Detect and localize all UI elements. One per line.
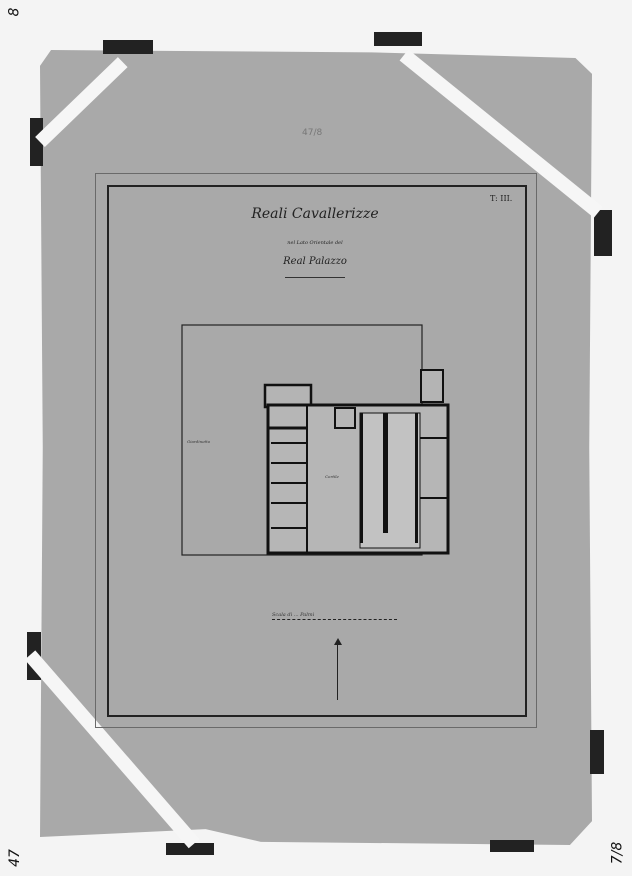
floor-plan: Giardinetto Cortile (175, 318, 455, 563)
mount-tab-bottom-right (490, 840, 534, 852)
mount-tab-right-top (594, 210, 612, 256)
north-arrow-head-icon (334, 638, 342, 645)
title-line-3: Real Palazzo (270, 256, 360, 267)
plate-number: T: III. (490, 194, 512, 203)
north-arrow-icon (337, 640, 338, 700)
mount-tab-top-right (374, 32, 422, 46)
scale-bar-label: Scala di ... Palmi (272, 612, 314, 618)
corner-note-bottom-left: 47 (7, 849, 23, 867)
label-garden: Giardinetto (187, 439, 211, 444)
corner-note-bottom-right: 7/8 (609, 842, 625, 865)
title-underline (285, 277, 345, 278)
inventory-note: 47/8 (302, 128, 322, 138)
mount-tab-right-bottom (590, 730, 604, 774)
title-line-1: Reali Cavallerizze (250, 206, 380, 222)
label-courtyard: Cortile (325, 474, 340, 479)
corner-note-top-left: 8 (6, 8, 22, 17)
mount-tab-top-left (103, 40, 153, 54)
title-line-2: nel Lato Orientale del (270, 240, 360, 246)
scale-bar (272, 619, 397, 622)
